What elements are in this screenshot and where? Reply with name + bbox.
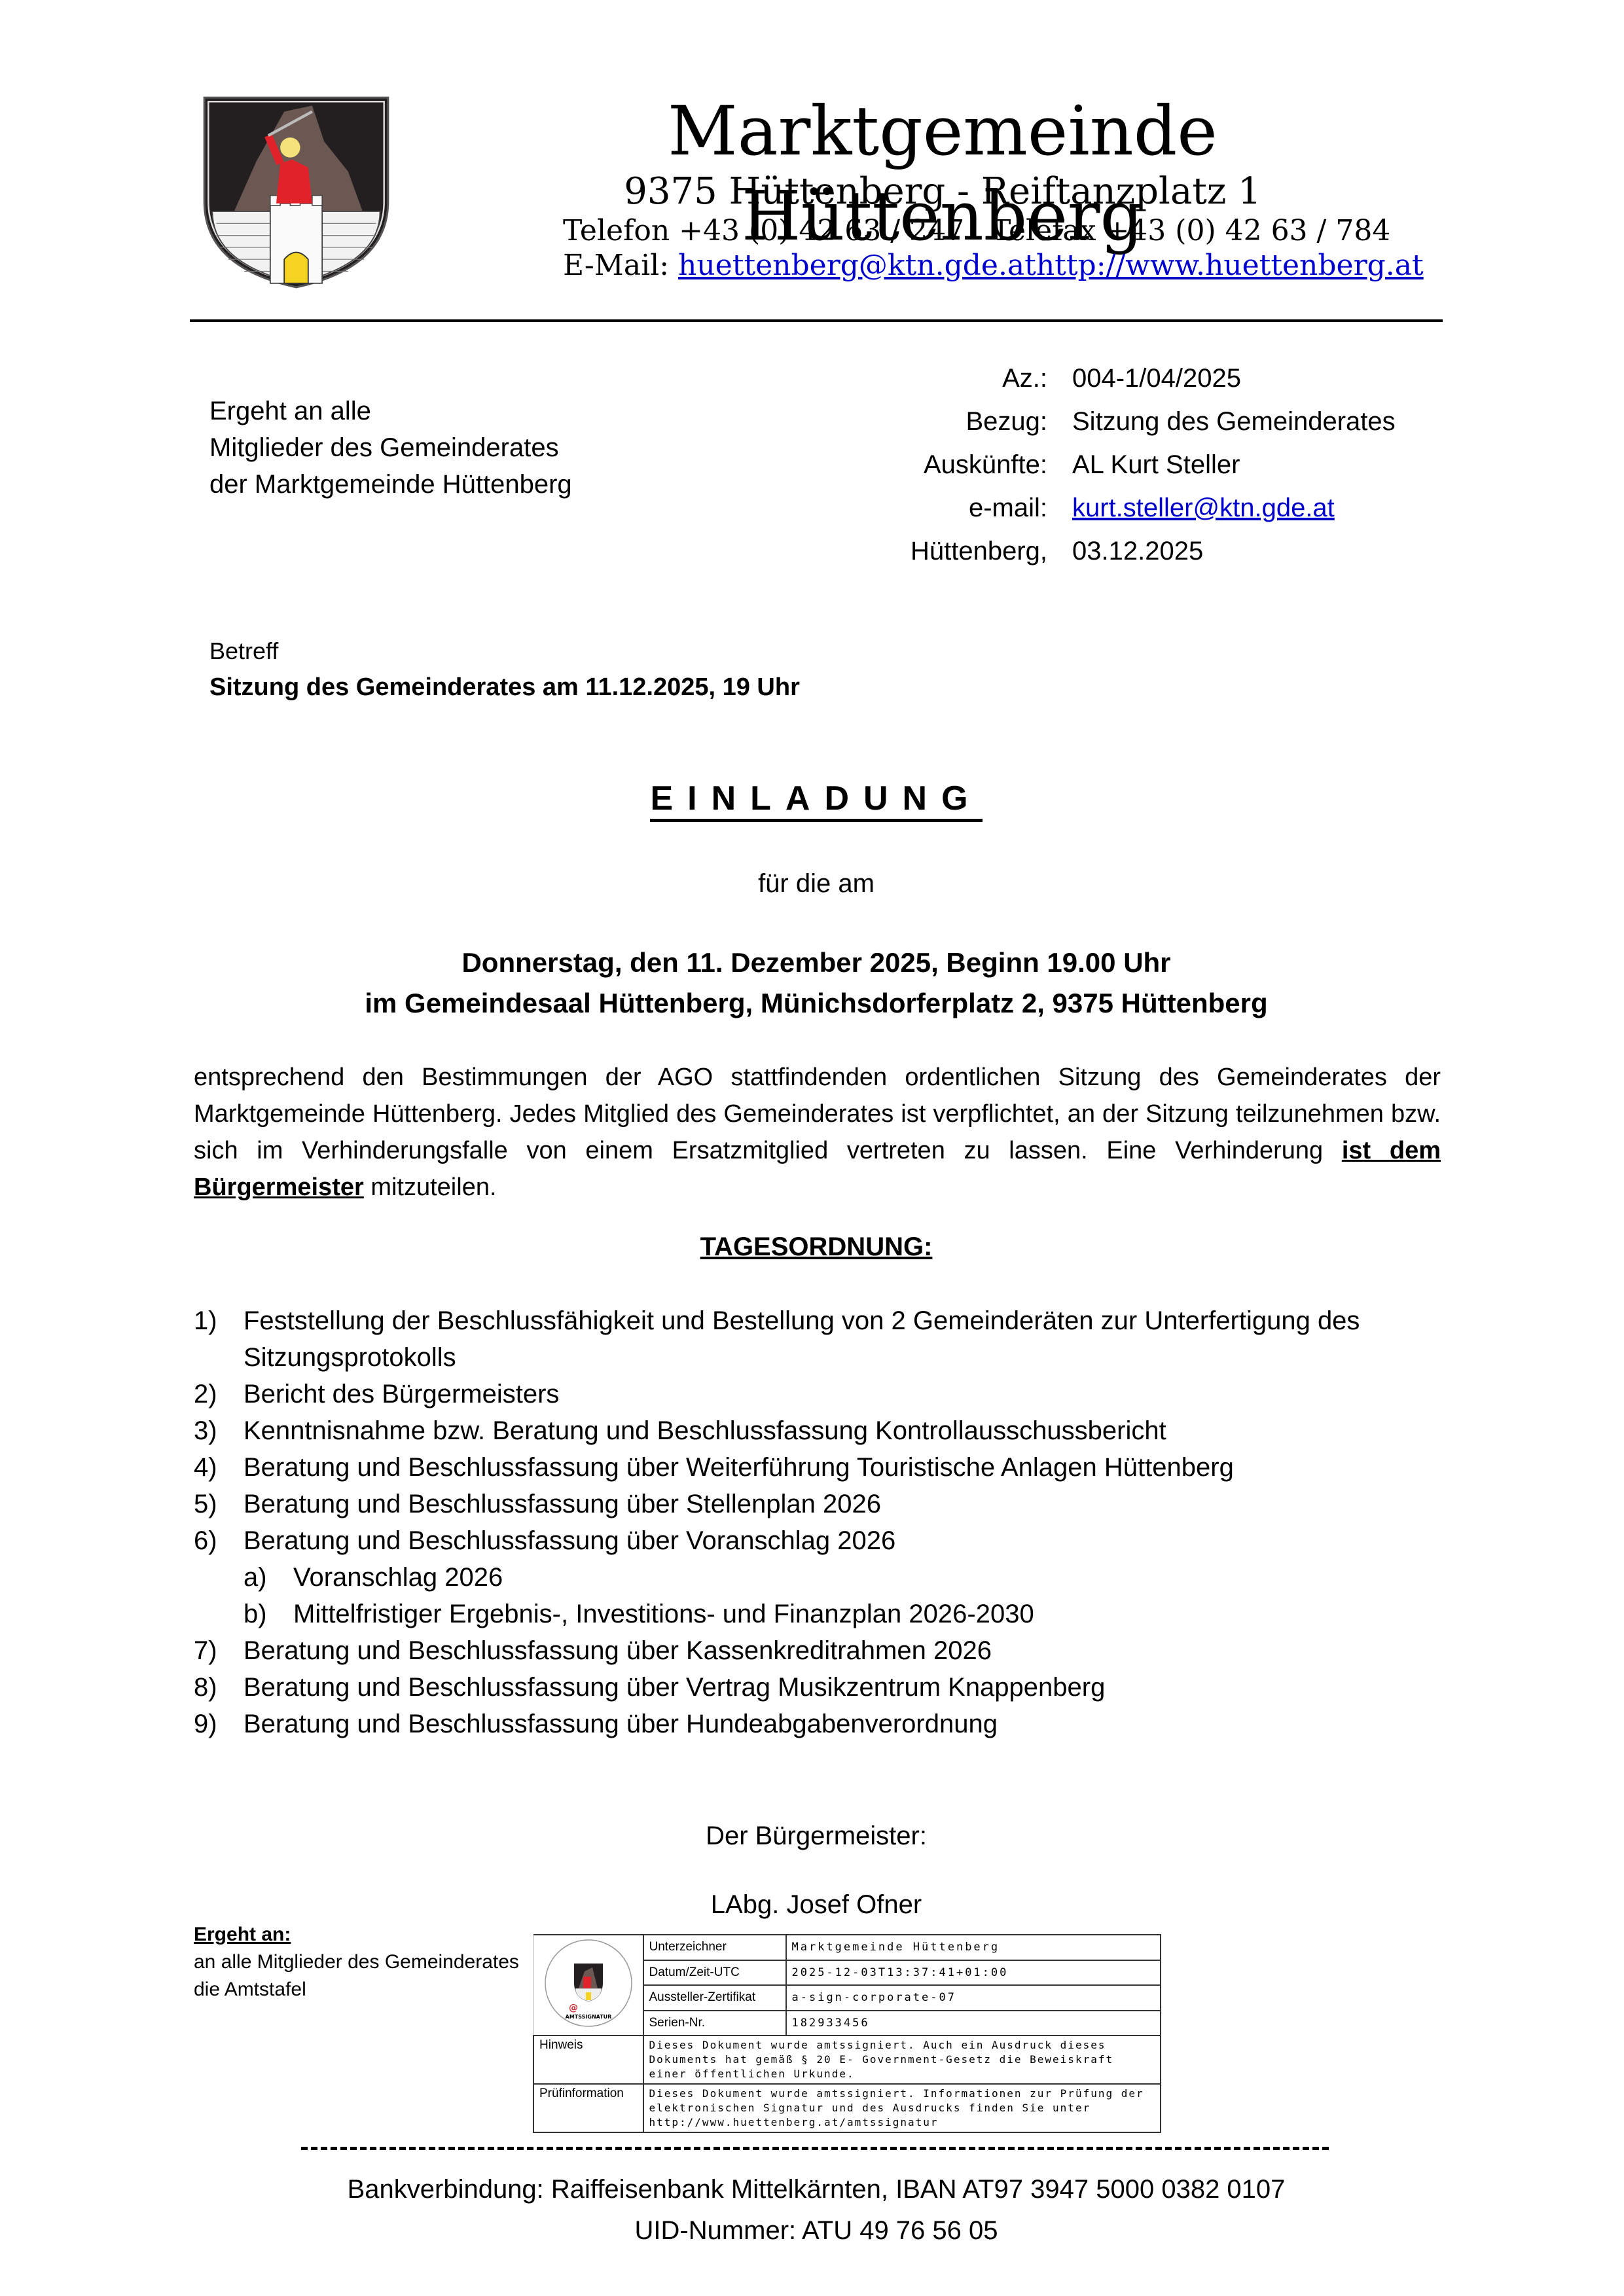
meta-value: AL Kurt Steller [1072,443,1440,486]
signatory-title: Der Bürgermeister: [190,1816,1443,1856]
phone-fax: Telefon +43 (0) 42 63 / 247 Telefax +43 … [563,213,1427,249]
agenda-item-text: Beratung und Beschlussfassung über Voran… [244,1522,1441,1559]
email-web-link[interactable]: huettenberg@ktn.gde.athttp://www.huetten… [678,249,1424,282]
agenda-item-text: Beratung und Beschlussfassung über Kasse… [244,1632,1441,1669]
agenda-item-number: 8) [194,1669,244,1706]
meta-row-az: Az.:004-1/04/2025 [851,357,1440,400]
amtssignatur-seal-icon: @ AMTSSIGNATUR [543,1937,634,2029]
agenda-list: 1)Feststellung der Beschlussfähigkeit un… [194,1302,1441,1742]
agenda-item: 3)Kenntnisnahme bzw. Beratung und Beschl… [194,1412,1441,1449]
meta-value: Sitzung des Gemeinderates [1072,400,1440,443]
agenda-item-number: 6) [194,1522,244,1559]
agenda-heading-text: TAGESORDNUNG: [700,1232,933,1261]
recipient-line: Mitglieder des Gemeinderates [209,429,572,466]
footer-divider [301,2147,1329,2150]
sig-value: Marktgemeinde Hüttenberg [786,1935,1161,1960]
meta-label: e-mail: [851,486,1072,529]
agenda-item-number: 5) [194,1486,244,1522]
sig-key: Datum/Zeit-UTC [643,1960,786,1986]
agenda-item-number: 7) [194,1632,244,1669]
reference-block: Az.:004-1/04/2025 Bezug:Sitzung des Geme… [851,357,1440,573]
agenda-item: 7)Beratung und Beschlussfassung über Kas… [194,1632,1441,1669]
meeting-date: Donnerstag, den 11. Dezember 2025, Begin… [190,942,1443,983]
invitation-heading: EINLADUNG [190,776,1443,821]
meta-row-bezug: Bezug:Sitzung des Gemeinderates [851,400,1440,443]
agenda-item-text: Feststellung der Beschlussfähigkeit und … [244,1302,1441,1376]
agenda-item: 4)Beratung und Beschlussfassung über Wei… [194,1449,1441,1486]
official-signature-block: @ AMTSSIGNATUR Unterzeichner Marktgemein… [533,1934,1161,2133]
meta-label: Az.: [851,357,1072,400]
agenda-item-number: 3) [194,1412,244,1449]
agenda-item: 8)Beratung und Beschlussfassung über Ver… [194,1669,1441,1706]
svg-text:@: @ [569,2003,578,2013]
contact-email-link[interactable]: kurt.steller@ktn.gde.at [1072,486,1440,529]
agenda-heading: TAGESORDNUNG: [190,1227,1443,1266]
svg-text:AMTSSIGNATUR: AMTSSIGNATUR [565,2014,611,2020]
agenda-item-number: 2) [194,1376,244,1412]
agenda-item: 1)Feststellung der Beschlussfähigkeit un… [194,1302,1441,1376]
body-text: mitzuteilen. [364,1174,497,1201]
sig-value: 182933456 [786,2011,1161,2036]
municipality-address: 9375 Hüttenberg - Reiftanzplatz 1 [458,169,1427,215]
meeting-datetime-location: Donnerstag, den 11. Dezember 2025, Begin… [190,942,1443,1024]
agenda-item-number: 1) [194,1302,244,1376]
meta-row-email: e-mail:kurt.steller@ktn.gde.at [851,486,1440,529]
meta-label: Bezug: [851,400,1072,443]
agenda-item: a)Voranschlag 2026 [194,1559,1441,1596]
sig-key: Unterzeichner [643,1935,786,1960]
distribution-line: die Amtstafel [194,1976,519,2003]
agenda-item: 5)Beratung und Beschlussfassung über Ste… [194,1486,1441,1522]
agenda-item-number: 4) [194,1449,244,1486]
agenda-item-text: Beratung und Beschlussfassung über Stell… [244,1486,1441,1522]
agenda-item-text: Beratung und Beschlussfassung über Weite… [244,1449,1441,1486]
sig-value: 2025-12-03T13:37:41+01:00 [786,1960,1161,1986]
agenda-item-text: Kenntnisnahme bzw. Beratung und Beschlus… [244,1412,1441,1449]
sig-key: Aussteller-Zertifikat [643,1985,786,2011]
invitation-heading-text: EINLADUNG [650,780,982,822]
sig-value: a-sign-corporate-07 [786,1985,1161,2011]
sig-key: Serien-Nr. [643,2011,786,2036]
agenda-item-number: 9) [194,1706,244,1742]
subject-text: Sitzung des Gemeinderates am 11.12.2025,… [209,671,800,704]
agenda-item: 6)Beratung und Beschlussfassung über Vor… [194,1522,1441,1559]
coat-of-arms-icon [196,92,396,291]
subject-label: Betreff [209,635,278,668]
bank-details: Bankverbindung: Raiffeisenbank Mittelkär… [190,2170,1443,2209]
agenda-item-number: a) [244,1559,293,1596]
agenda-item-text: Beratung und Beschlussfassung über Vertr… [244,1669,1441,1706]
recipient-line: Ergeht an alle [209,393,572,429]
meta-row-auskuenfte: Auskünfte:AL Kurt Steller [851,443,1440,486]
meta-label: Hüttenberg, [851,529,1072,573]
meta-value: 004-1/04/2025 [1072,357,1440,400]
email-web-line: E-Mail: huettenberg@ktn.gde.athttp://www… [563,247,1427,284]
body-text: entsprechend den Bestimmungen der AGO st… [194,1064,1441,1164]
signatory-name: LAbg. Josef Ofner [190,1885,1443,1924]
agenda-item: 9)Beratung und Beschlussfassung über Hun… [194,1706,1441,1742]
meta-value: 03.12.2025 [1072,529,1440,573]
pruefinfo-label: Prüfinformation [533,2084,643,2132]
pruefinfo-text: Dieses Dokument wurde amtssigniert. Info… [643,2084,1161,2132]
email-label: E-Mail: [563,249,678,282]
invitation-body: entsprechend den Bestimmungen der AGO st… [194,1059,1441,1206]
agenda-item-text: Voranschlag 2026 [293,1559,1441,1596]
hinweis-text: Dieses Dokument wurde amtssigniert. Auch… [643,2036,1161,2084]
distribution-line: an alle Mitglieder des Gemeinderates [194,1948,519,1976]
header-divider [190,319,1443,322]
agenda-item-text: Mittelfristiger Ergebnis-, Investitions-… [293,1596,1441,1632]
agenda-item: b)Mittelfristiger Ergebnis-, Investition… [194,1596,1441,1632]
vat-id: UID-Nummer: ATU 49 76 56 05 [190,2211,1443,2250]
invitation-intro: für die am [190,864,1443,903]
agenda-item-number: b) [244,1596,293,1632]
recipient-line: der Marktgemeinde Hüttenberg [209,466,572,503]
distribution-heading: Ergeht an: [194,1921,519,1948]
recipient-block: Ergeht an alle Mitglieder des Gemeindera… [209,393,572,503]
signature-seal: @ AMTSSIGNATUR [533,1935,643,2036]
hinweis-label: Hinweis [533,2036,643,2084]
agenda-item: 2)Bericht des Bürgermeisters [194,1376,1441,1412]
agenda-item-text: Beratung und Beschlussfassung über Hunde… [244,1706,1441,1742]
agenda-item-text: Bericht des Bürgermeisters [244,1376,1441,1412]
meta-label: Auskünfte: [851,443,1072,486]
distribution-block: Ergeht an: an alle Mitglieder des Gemein… [194,1921,519,2003]
meta-row-date: Hüttenberg,03.12.2025 [851,529,1440,573]
meeting-location: im Gemeindesaal Hüttenberg, Münichsdorfe… [190,983,1443,1024]
